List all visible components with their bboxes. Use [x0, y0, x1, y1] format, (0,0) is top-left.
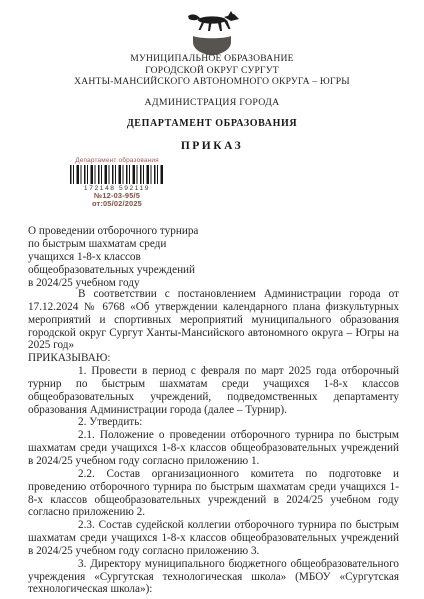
org-line-2: ГОРОДСКОЙ ОКРУГ СУРГУТ: [0, 65, 424, 77]
org-line-3: ХАНТЫ-МАНСИЙСКОГО АВТОНОМНОГО ОКРУГА – Ю…: [0, 76, 424, 88]
paragraph-item-2-1: 2.1. Положение о проведении отборочного …: [28, 429, 399, 468]
registration-stamp: Департамент образования 172148 592119 №1…: [66, 157, 168, 209]
subject-block: О проведении отборочного турнира по быст…: [28, 225, 243, 290]
paragraph-item-3: 3. Директору муниципального бюджетного о…: [28, 558, 399, 597]
barcode-icon: [70, 165, 164, 184]
paragraph-preamble: В соответствии с постановлением Админист…: [28, 288, 399, 352]
subject-line-1: О проведении отборочного турнира: [28, 225, 243, 238]
stamp-registration-date: от:05/02/2025: [66, 200, 168, 209]
stamp-department-label: Департамент образования: [66, 157, 168, 164]
scanned-order-document: МУНИЦИПАЛЬНОЕ ОБРАЗОВАНИЕ ГОРОДСКОЙ ОКРУ…: [0, 0, 424, 599]
paragraph-item-2: 2. Утвердить:: [28, 416, 399, 429]
org-line-1: МУНИЦИПАЛЬНОЕ ОБРАЗОВАНИЕ: [0, 53, 424, 65]
paragraph-item-2-3: 2.3. Состав судейской коллегии отборочно…: [28, 519, 399, 558]
order-body: В соответствии с постановлением Админист…: [28, 288, 399, 596]
paragraph-item-1: 1. Провести в период с февраля по март 2…: [28, 365, 399, 416]
document-type-title: ПРИКАЗ: [0, 140, 424, 152]
fox-icon: [188, 11, 239, 31]
fox-and-shield-icon: [184, 10, 240, 56]
letterhead-organization: МУНИЦИПАЛЬНОЕ ОБРАЗОВАНИЕ ГОРОДСКОЙ ОКРУ…: [0, 53, 424, 88]
department-title: ДЕПАРТАМЕНТ ОБРАЗОВАНИЯ: [0, 118, 424, 129]
paragraph-item-2-2: 2.2. Состав организационного комитета по…: [28, 468, 399, 519]
subject-line-3: учащихся 1-8-х классов: [28, 251, 243, 264]
administration-title: АДМИНИСТРАЦИЯ ГОРОДА: [0, 97, 424, 108]
subject-line-4: общеобразовательных учреждений: [28, 264, 243, 277]
subject-line-2: по быстрым шахматам среди: [28, 238, 243, 251]
paragraph-prikazyvayu: ПРИКАЗЫВАЮ:: [28, 352, 399, 365]
